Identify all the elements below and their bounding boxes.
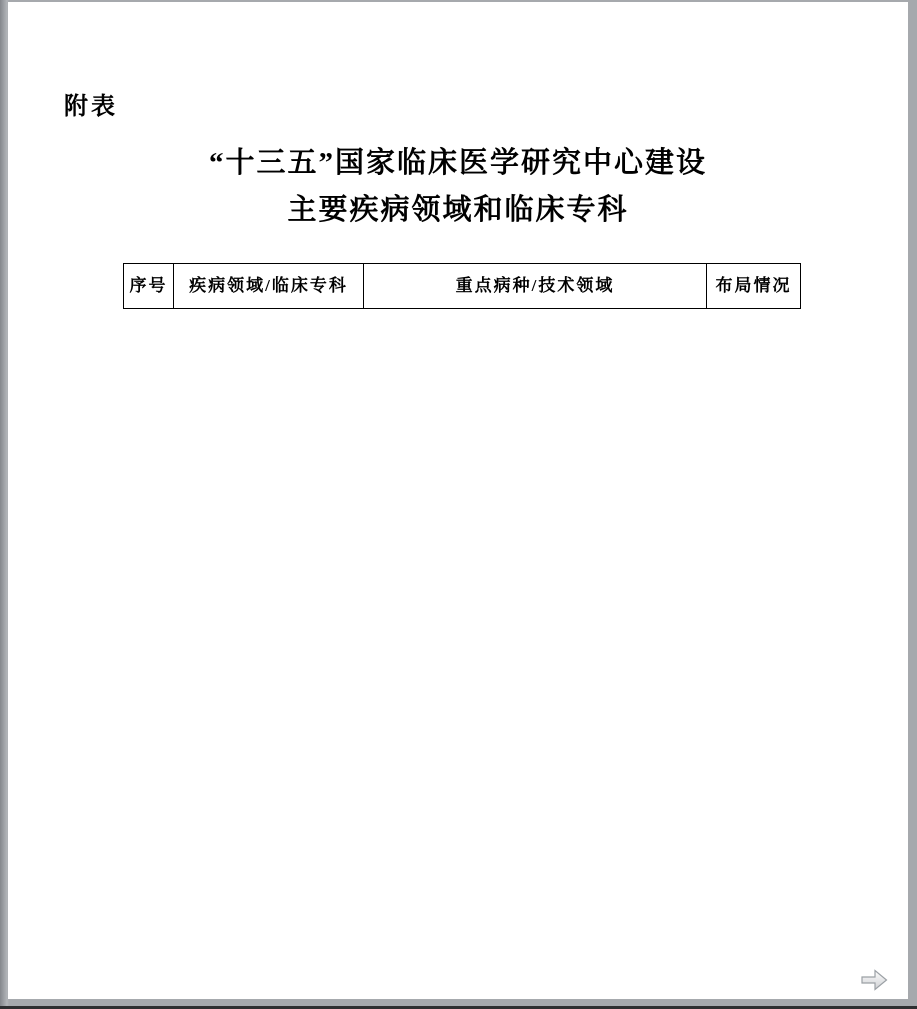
appendix-label: 附表 xyxy=(64,86,118,121)
table-header-row: 序号疾病领域/临床专科重点病种/技术领域布局情况 xyxy=(124,264,801,309)
column-header-0: 序号 xyxy=(124,264,174,309)
column-header-2: 重点病种/技术领域 xyxy=(364,264,707,309)
viewer-background: 附表 “十三五”国家临床医学研究中心建设 主要疾病领域和临床专科 序号疾病领域/… xyxy=(0,0,917,1006)
column-header-3: 布局情况 xyxy=(707,264,801,309)
document-title: “十三五”国家临床医学研究中心建设 主要疾病领域和临床专科 xyxy=(8,140,908,234)
document-title-line2: 主要疾病领域和临床专科 xyxy=(8,187,908,234)
document-page: 附表 “十三五”国家临床医学研究中心建设 主要疾病领域和临床专科 序号疾病领域/… xyxy=(8,2,908,999)
disease-area-table: 序号疾病领域/临床专科重点病种/技术领域布局情况 xyxy=(123,263,801,309)
column-header-1: 疾病领域/临床专科 xyxy=(174,264,364,309)
next-page-arrow-icon[interactable] xyxy=(861,969,888,991)
document-title-line1: “十三五”国家临床医学研究中心建设 xyxy=(8,140,908,187)
